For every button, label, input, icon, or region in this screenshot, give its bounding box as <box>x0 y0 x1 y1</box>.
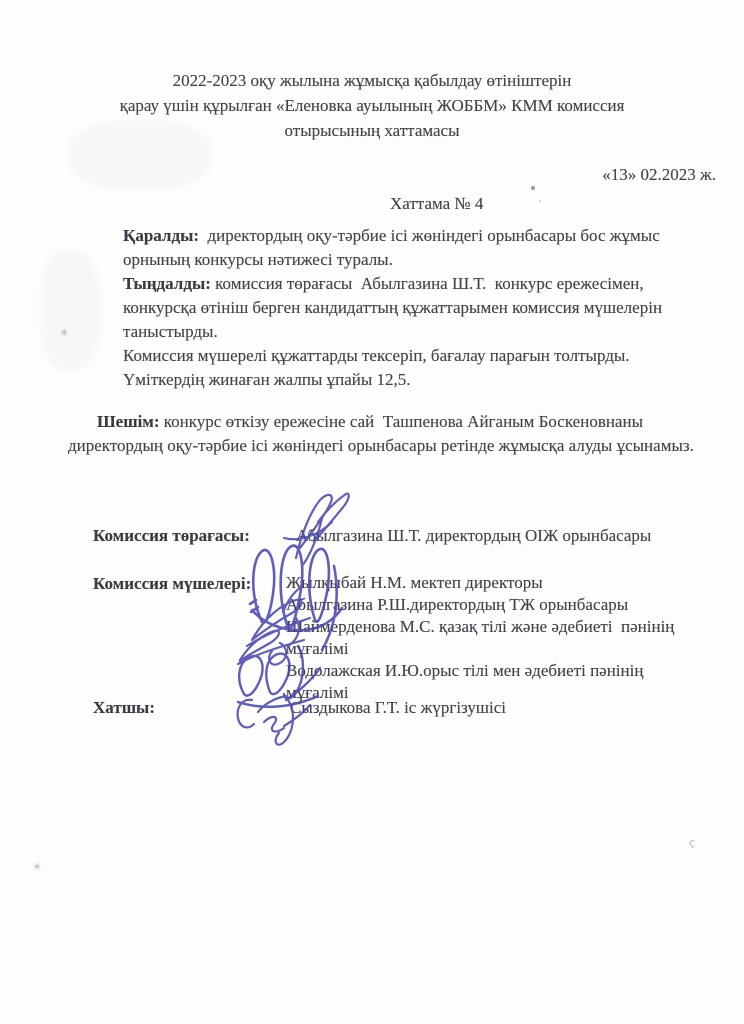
title-line: 2022-2023 оқу жылына жұмысқа қабылдау өт… <box>30 68 714 93</box>
decision-text: директордың оқу-тәрбие ісі жөніндегі оры… <box>68 436 694 455</box>
scan-speck <box>531 186 535 190</box>
body-line: таныстырды. <box>123 320 662 344</box>
members-label: Комиссия мүшелері: <box>93 572 251 596</box>
label-sheshim: Шешім: <box>97 412 160 431</box>
body-line: орнының конкурсы нәтижесі туралы. <box>123 248 662 272</box>
scan-mark: ϛ <box>689 838 695 849</box>
title-line: қарау үшін құрылған «Еленовка ауылының Ж… <box>30 93 714 118</box>
scan-mark: ✳ <box>33 862 41 873</box>
member-line: Водолажская И.Ю.орыс тілі мен әдебиеті п… <box>286 660 674 682</box>
decision-line: директордың оқу-тәрбие ісі жөніндегі оры… <box>68 434 694 458</box>
chairman-name: Абылгазина Ш.Т. директордың ОІЖ орынбаса… <box>296 524 651 548</box>
member-line: Жылқыбай Н.М. мектеп директоры <box>286 572 674 594</box>
body-text: директордың оқу-тәрбие ісі жөніндегі оры… <box>199 226 660 245</box>
member-line: мұғалімі <box>286 638 674 660</box>
document-date: «13» 02.2023 ж. <box>602 163 716 187</box>
body-text: таныстырды. <box>123 322 218 341</box>
members-list: Жылқыбай Н.М. мектеп директоры Абылгазин… <box>286 572 674 704</box>
body-line: конкурсқа өтініш берген кандидаттың құжа… <box>123 296 662 320</box>
scan-mark: ✳ <box>60 328 68 339</box>
body-text: Үміткердің жинаған жалпы ұпайы 12,5. <box>123 370 411 389</box>
body-line: Тыңдалды: комиссия төрағасы Абылгазина Ш… <box>123 272 662 296</box>
body-line: Үміткердің жинаған жалпы ұпайы 12,5. <box>123 368 662 392</box>
body-text: конкурсқа өтініш берген кандидаттың құжа… <box>123 298 662 317</box>
body-paragraphs: Қаралды: директордың оқу-тәрбие ісі жөні… <box>123 224 662 392</box>
member-line: Абылгазина Р.Ш.директордың ТЖ орынбасары <box>286 594 674 616</box>
protocol-number-heading: Хаттама № 4 <box>390 192 483 216</box>
body-text: комиссия төрағасы Абылгазина Ш.Т. конкур… <box>211 274 644 293</box>
document-title: 2022-2023 оқу жылына жұмысқа қабылдау өт… <box>30 68 714 143</box>
secretary-label: Хатшы: <box>93 696 155 720</box>
title-line: отырысының хаттамасы <box>30 118 714 143</box>
scanned-protocol-document: 2022-2023 оқу жылына жұмысқа қабылдау өт… <box>0 0 744 1024</box>
decision-paragraph: Шешім: конкурс өткізу ережесіне сай Ташп… <box>68 410 694 458</box>
secretary-name: Сыздыкова Г.Т. іс жүргізушісі <box>290 696 506 720</box>
body-line: Комиссия мүшерелі құжаттарды тексеріп, б… <box>123 344 662 368</box>
scan-speck <box>539 200 541 202</box>
decision-text: конкурс өткізу ережесіне сай Ташпенова А… <box>160 412 643 431</box>
body-text: орнының конкурсы нәтижесі туралы. <box>123 250 393 269</box>
body-line: Қаралды: директордың оқу-тәрбие ісі жөні… <box>123 224 662 248</box>
body-text: Комиссия мүшерелі құжаттарды тексеріп, б… <box>123 346 630 365</box>
decision-line: Шешім: конкурс өткізу ережесіне сай Ташп… <box>68 410 694 434</box>
label-tyndaldy: Тыңдалды: <box>123 274 211 293</box>
scan-smudge <box>40 250 100 370</box>
label-qaraldy: Қаралды: <box>123 226 199 245</box>
chairman-label: Комиссия төрағасы: <box>93 524 250 548</box>
member-line: Шаймерденова М.С. қазақ тілі және әдебие… <box>286 616 674 638</box>
